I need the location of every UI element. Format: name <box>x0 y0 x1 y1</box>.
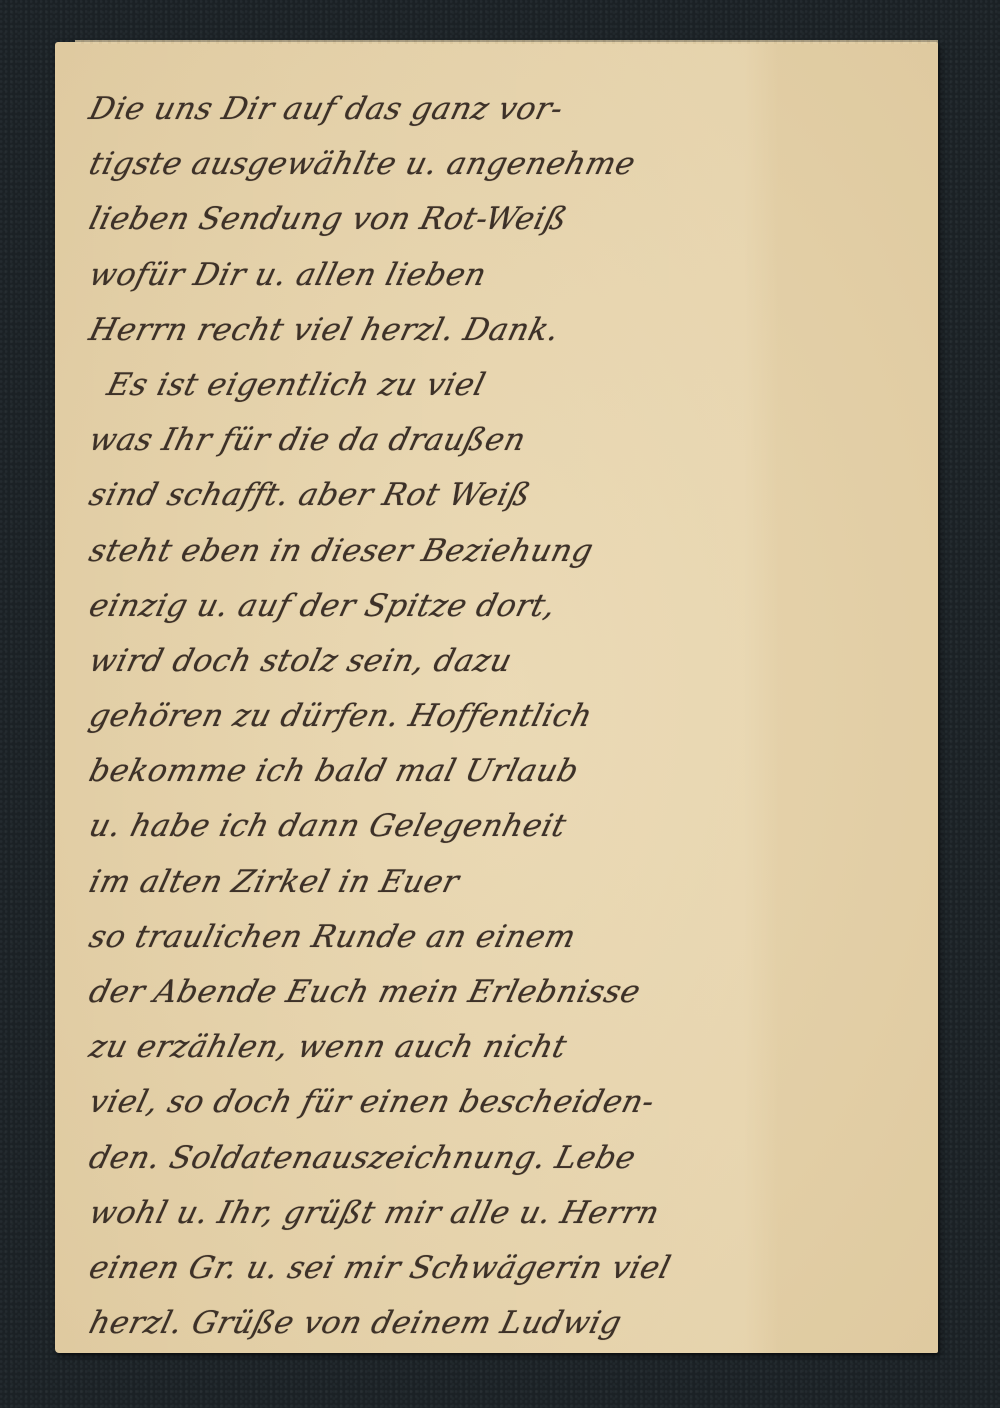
text-line: einen Gr. u. sei mir Schwägerin viel <box>83 1241 942 1296</box>
text-line: den. Soldatenauszeichnung. Lebe <box>83 1131 942 1186</box>
text-line: Es ist eigentlich zu viel <box>83 358 942 413</box>
text-line: einzig u. auf der Spitze dort, <box>83 579 942 634</box>
text-line: Die uns Dir auf das ganz vor- <box>83 82 942 137</box>
text-line: so traulichen Runde an einem <box>83 910 942 965</box>
text-line signature: herzl. Grüße von deinem Ludwig <box>83 1296 942 1351</box>
text-line: im alten Zirkel in Euer <box>83 855 942 910</box>
text-line: tigste ausgewählte u. angenehme <box>83 137 942 192</box>
text-line: was Ihr für die da draußen <box>83 413 942 468</box>
text-line: sind schafft. aber Rot Weiß <box>83 468 942 523</box>
text-line: zu erzählen, wenn auch nicht <box>83 1020 942 1075</box>
text-line: steht eben in dieser Beziehung <box>83 524 942 579</box>
postcard: Die uns Dir auf das ganz vor- tigste aus… <box>55 42 938 1353</box>
text-line: u. habe ich dann Gelegenheit <box>83 799 942 854</box>
handwritten-text: Die uns Dir auf das ganz vor- tigste aus… <box>83 82 928 1351</box>
text-line: wofür Dir u. allen lieben <box>83 248 942 303</box>
text-line: wohl u. Ihr, grüßt mir alle u. Herrn <box>83 1186 942 1241</box>
text-line: wird doch stolz sein, dazu <box>83 634 942 689</box>
text-line: Herrn recht viel herzl. Dank. <box>83 303 942 358</box>
text-line: der Abende Euch mein Erlebnisse <box>83 965 942 1020</box>
text-line: viel, so doch für einen bescheiden- <box>83 1075 942 1130</box>
text-line: lieben Sendung von Rot-Weiß <box>83 192 942 247</box>
text-line: gehören zu dürfen. Hoffentlich <box>83 689 942 744</box>
text-line: bekomme ich bald mal Urlaub <box>83 744 942 799</box>
